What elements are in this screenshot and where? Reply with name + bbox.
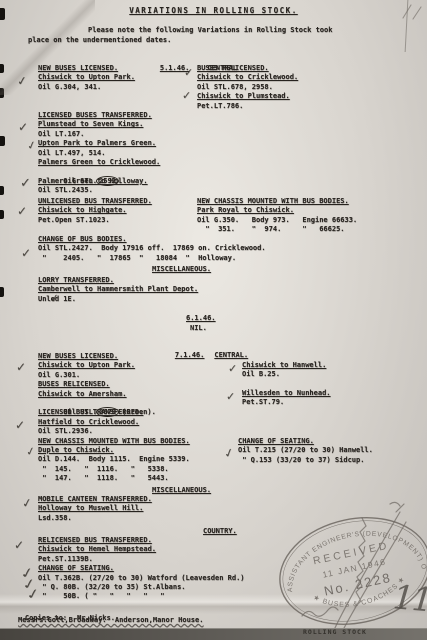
s3-right-change-of-seating: CHANGE OF SEATING. Oil T.215 (27/20 to 3… [238, 437, 373, 465]
scan-edge-mark [0, 88, 4, 98]
scan-edge-mark [0, 287, 4, 297]
table-row: " Q.153 (33/20 to 37) Sidcup. [238, 456, 373, 465]
route-line: Duple to Chiswick. [38, 446, 190, 455]
route-line: Palmers Green to Cricklewood. [38, 158, 160, 167]
table-row: " 145. " 1116. " 5338. [38, 465, 190, 474]
scan-edge-mark [0, 64, 4, 73]
scan-edge-mark [0, 136, 5, 146]
route-line: Willesden to Nunhead. [242, 389, 331, 398]
group-header: BUSES RELICENSED. [38, 380, 190, 389]
group-header: NEW CHASSIS MOUNTED WITH BUS BODIES. [197, 197, 357, 206]
table-row: Oil G.350. Body 973. Engine 66633. [197, 216, 357, 225]
section-heading-6-1-46: 6.1.46. [186, 314, 216, 323]
fleet-line: Pet.ST.1139B. [38, 555, 245, 564]
received-stamp: ASSISTANT ENGINEER'S (DEVELOPMENT) OFFIC… [264, 498, 427, 640]
section-region: CENTRAL. [214, 351, 248, 359]
s3-mobile-canteen: MOBILE CANTEEN TRANSFERRED. Holloway to … [38, 495, 152, 523]
fleet-line: Oil G.301. [38, 371, 190, 380]
scan-edge-mark [0, 210, 4, 219]
fleet-line: Unled 1E. [38, 295, 198, 304]
group-header: NEW CHASSIS MOUNTED WITH BUS BODIES. [38, 437, 190, 446]
copies-addresses-line: Messrs.Gott,Broadway. Anderson,Manor Hou… [18, 616, 203, 625]
section-heading-7-1-46: 7.1.46.CENTRAL. [158, 342, 248, 351]
intro-line-2: place on the undermentioned dates. [28, 36, 171, 45]
tick-mark: ✓ [49, 291, 60, 305]
nil-value: NIL. [190, 324, 207, 333]
group-header: LICENSED BUS TRANSFERRED. [38, 408, 190, 417]
tick-mark: ✓ [226, 390, 235, 403]
s1-miscellaneous-heading: MISCELLANEOUS. [152, 265, 211, 274]
s1-left-unlicensed-transferred: UNLICENSED BUS TRANSFERRED. Chiswick to … [38, 197, 152, 225]
route-line: Chiswick to Upton Park. [38, 361, 190, 370]
table-row: " 351. " 974. " 66625. [197, 225, 357, 234]
table-row: Oil STL.2427. Body 17916 off. 17869 on. … [38, 244, 266, 253]
route-line: Hatfield to Cricklewood. [38, 418, 190, 427]
group-header: CHANGE OF BUS BODIES. [38, 235, 266, 244]
fleet-line: Oil STL.678, 2958. [197, 83, 298, 92]
tick-mark: ✓ [16, 360, 26, 374]
fleet-line: Lsd.358. [38, 514, 152, 523]
s1-right-relicensed: BUSES RELICENSED. Chiswick to Cricklewoo… [197, 64, 298, 111]
s3-right-hanwell: Chiswick to Hanwell. Oil B.25. [242, 361, 326, 380]
fleet-line: Oil LT.167. [38, 130, 160, 139]
tick-mark: ✓ [26, 138, 38, 153]
tick-mark: ✓ [228, 362, 237, 375]
route-line: Plumstead to Seven Kings. [38, 120, 160, 129]
route-line: Chiswick to Upton Park. [38, 73, 135, 82]
tick-mark: ✓ [222, 445, 236, 461]
tick-mark: ✓ [18, 120, 28, 134]
group-header: LICENSED BUSES TRANSFERRED. [38, 111, 160, 120]
table-row: " 147. " 1118. " 5443. [38, 474, 190, 483]
country-block: RELICENSED BUS TRANSFERRED. Chiswick to … [38, 536, 245, 602]
group-header: RELICENSED BUS TRANSFERRED. [38, 536, 245, 545]
group-header: NEW BUSES LICENSED. [38, 64, 135, 73]
tick-mark: ✓ [20, 176, 31, 191]
fleet-line: Oil B.25. [242, 370, 326, 379]
scanned-document-page: VARIATIONS IN ROLLING STOCK. Please note… [0, 0, 427, 640]
route-line: Chiswick to Plumstead. [197, 92, 298, 101]
group-header: CHANGE OF SEATING. [38, 564, 245, 573]
table-row: Oil T.362B. (27/20 to 30) Watford (Leave… [38, 574, 245, 583]
tick-mark: ✓ [14, 538, 24, 552]
tick-mark: ✓ [25, 444, 37, 459]
table-row: " 50B. ( " " " " " [38, 592, 245, 601]
section-heading-5-1-46: 5.1.46.CENTRAL [143, 55, 237, 64]
fleet-line: Pet.LT.786. [197, 102, 298, 111]
s1-lorry-transferred: LORRY TRANSFERRED. Camberwell to Hammers… [38, 276, 198, 304]
fleet-line: Pet.ST.79. [242, 398, 331, 407]
tick-mark: ✓ [184, 66, 193, 79]
table-row: Oil T.215 (27/20 to 30) Hanwell. [238, 446, 373, 455]
intro-line-1: Please note the following Variations in … [88, 26, 332, 35]
s1-left-change-of-bodies: CHANGE OF BUS BODIES. Oil STL.2427. Body… [38, 235, 266, 263]
group-header: NEW BUSES LICENSED. [38, 352, 190, 361]
table-row: Oil D.144. Body 1115. Engine 5339. [38, 455, 190, 464]
route-line: Camberwell to Hammersmith Plant Depot. [38, 285, 198, 294]
route-line: Holloway to Muswell Hill. [38, 504, 152, 513]
group-header: CHANGE OF SEATING. [238, 437, 373, 446]
fleet-line: Oil STL.2936. [38, 427, 190, 436]
s3-left-column: NEW BUSES LICENSED. Chiswick to Upton Pa… [38, 352, 190, 483]
route-line: Chiswick to Cricklewood. [197, 73, 298, 82]
tick-mark: ✓ [15, 418, 25, 432]
route-line: Chiswick to Hemel Hempstead. [38, 545, 245, 554]
fleet-line: Oil G.304, 341. [38, 83, 135, 92]
country-heading: COUNTRY. [203, 527, 237, 536]
fleet-line: Pet.Open ST.1023. [38, 216, 152, 225]
page-title: VARIATIONS IN ROLLING STOCK. [0, 6, 427, 15]
s1-right-new-chassis: NEW CHASSIS MOUNTED WITH BUS BODIES. Par… [197, 197, 357, 235]
group-header: UNLICENSED BUS TRANSFERRED. [38, 197, 152, 206]
route-line: Upton Park to Palmers Green. [38, 139, 160, 148]
route-line: Chiswick to Highgate. [38, 206, 152, 215]
group-header: MOBILE CANTEEN TRANSFERRED. [38, 495, 152, 504]
route-line: Park Royal to Chiswick. [197, 206, 357, 215]
group-header: BUSES RELICENSED. [197, 64, 298, 73]
s3-miscellaneous-heading: MISCELLANEOUS. [152, 486, 211, 495]
fleet-line: Oil LT.497, 514. [38, 149, 160, 158]
fleet-line-circled: Oil STL.2679 (Green). [38, 399, 190, 408]
tick-mark: ✓ [182, 89, 191, 102]
s1-left-new-buses: NEW BUSES LICENSED. Chiswick to Upton Pa… [38, 64, 135, 92]
fleet-line: Oil STL.2435. [38, 186, 160, 195]
fleet-line-circled: Oil STL.2592. [38, 167, 160, 176]
route-line: Palmers Green to Holloway. [38, 177, 160, 186]
group-header: LORRY TRANSFERRED. [38, 276, 198, 285]
route-line: Chiswick to Amersham. [38, 390, 190, 399]
s1-left-licensed-transferred: LICENSED BUSES TRANSFERRED. Plumstead to… [38, 111, 160, 196]
next-page-text-fragment: ROLLING STOCK [303, 628, 367, 636]
route-line: Chiswick to Hanwell. [242, 361, 326, 370]
table-row: " 2405. " 17865 " 18084 " Holloway. [38, 254, 266, 263]
copies-to-line: Copies to:Mr.Nicks. [8, 605, 115, 614]
tick-mark: ✓ [21, 495, 33, 511]
handwritten-fraction: 11/6 [391, 577, 427, 622]
tick-mark: ✓ [17, 204, 27, 218]
s3-right-nunhead: Willesden to Nunhead. Pet.ST.79. [242, 389, 331, 408]
tick-mark: ✓ [21, 246, 31, 260]
table-row: " Q. 80B. (32/20 to 35) St.Albans. [38, 583, 245, 592]
tick-mark: ✓ [16, 73, 28, 88]
scan-edge-mark [0, 186, 4, 195]
